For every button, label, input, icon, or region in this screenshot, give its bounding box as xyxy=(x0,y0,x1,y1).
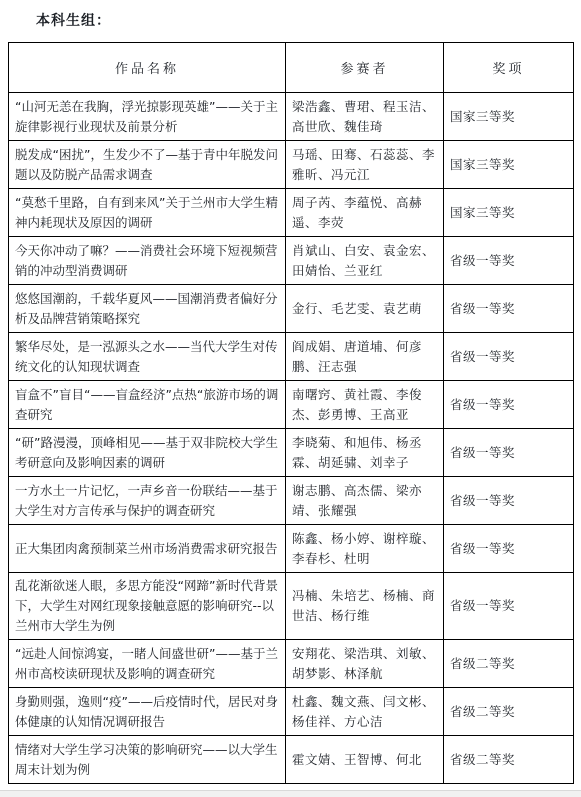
table-row: 情绪对大学生学习决策的影响研究——以大学生周末计划为例 霍文婧、王智博、何北 省… xyxy=(9,736,574,784)
work-title-cell: 今天你冲动了嘛？——消费社会环境下短视频营销的冲动型消费调研 xyxy=(9,237,286,285)
participants-cell: 阎成娟、唐道埔、何彦鹏、汪志强 xyxy=(286,333,444,381)
table-row: “远赴人间惊鸿宴，一睹人间盛世研”——基于兰州市高校读研现状及影响的调查研究 安… xyxy=(9,640,574,688)
work-title-cell: 乱花渐欲迷人眼，多思方能没“网蹄”新时代背景下，大学生对网红现象接触意愿的影响研… xyxy=(9,573,286,640)
header-work-title: 作品名称 xyxy=(9,43,286,93)
award-cell: 省级一等奖 xyxy=(444,381,574,429)
table-row: 繁华尽处，是一泓源头之水——当代大学生对传统文化的认知现状调查 阎成娟、唐道埔、… xyxy=(9,333,574,381)
work-title-cell: 身勤则强，逸则“疫”——后疫情时代，居民对身体健康的认知情况调研报告 xyxy=(9,688,286,736)
work-title-cell: 一方水土一片记忆，一声乡音一份联结——基于大学生对方言传承与保护的调查研究 xyxy=(9,477,286,525)
work-title-cell: “研”路漫漫，顶峰相见——基于双非院校大学生考研意向及影响因素的调研 xyxy=(9,429,286,477)
award-cell: 省级一等奖 xyxy=(444,333,574,381)
table-row: “研”路漫漫，顶峰相见——基于双非院校大学生考研意向及影响因素的调研 李晓菊、和… xyxy=(9,429,574,477)
header-participants: 参赛者 xyxy=(286,43,444,93)
award-cell: 国家三等奖 xyxy=(444,189,574,237)
table-row: “山河无恙在我胸，浮光掠影现英雄”——关于主旋律影视行业现状及前景分析 梁浩鑫、… xyxy=(9,93,574,141)
work-title-cell: “莫愁千里路，自有到来风”关于兰州市大学生精神内耗现状及原因的调研 xyxy=(9,189,286,237)
participants-cell: 南曙窍、黄社霞、李俊杰、彭勇博、王高亚 xyxy=(286,381,444,429)
award-cell: 国家三等奖 xyxy=(444,93,574,141)
work-title-cell: 盲盒不”盲目“——盲盒经济”点热“旅游市场的调查研究 xyxy=(9,381,286,429)
participants-cell: 周子芮、李蕴悦、高赫遥、李荧 xyxy=(286,189,444,237)
table-row: 乱花渐欲迷人眼，多思方能没“网蹄”新时代背景下，大学生对网红现象接触意愿的影响研… xyxy=(9,573,574,640)
work-title-cell: 脱发成“困扰”，生发少不了—基于青中年脱发问题以及防脱产品需求调查 xyxy=(9,141,286,189)
participants-cell: 梁浩鑫、曹珺、程玉洁、高世欣、魏佳琦 xyxy=(286,93,444,141)
group-title: 本科生组： xyxy=(36,10,581,30)
participants-cell: 肖斌山、白安、袁金宏、田婧怡、兰亚红 xyxy=(286,237,444,285)
work-title-cell: 繁华尽处，是一泓源头之水——当代大学生对传统文化的认知现状调查 xyxy=(9,333,286,381)
awards-table: 作品名称 参赛者 奖项 “山河无恙在我胸，浮光掠影现英雄”——关于主旋律影视行业… xyxy=(8,42,574,784)
participants-cell: 谢志鹏、高杰儒、梁亦靖、张耀强 xyxy=(286,477,444,525)
award-cell: 省级一等奖 xyxy=(444,477,574,525)
participants-cell: 安翔花、梁浩琪、刘敏、胡梦影、林泽航 xyxy=(286,640,444,688)
horizontal-scrollbar[interactable] xyxy=(0,790,581,797)
award-cell: 省级二等奖 xyxy=(444,640,574,688)
participants-cell: 李晓菊、和旭伟、杨丞霖、胡延骕、刘幸子 xyxy=(286,429,444,477)
table-row: 悠悠国潮韵，千载华夏风——国潮消费者偏好分析及品牌营销策略探究 金行、毛艺雯、袁… xyxy=(9,285,574,333)
work-title-cell: 悠悠国潮韵，千载华夏风——国潮消费者偏好分析及品牌营销策略探究 xyxy=(9,285,286,333)
table-row: 盲盒不”盲目“——盲盒经济”点热“旅游市场的调查研究 南曙窍、黄社霞、李俊杰、彭… xyxy=(9,381,574,429)
table-header: 作品名称 参赛者 奖项 xyxy=(9,43,574,93)
award-cell: 省级二等奖 xyxy=(444,688,574,736)
table-row: 正大集团肉禽预制菜兰州市场消费需求研究报告 陈鑫、杨小婷、谢梓璇、李春杉、杜明 … xyxy=(9,525,574,573)
table-row: 身勤则强，逸则“疫”——后疫情时代，居民对身体健康的认知情况调研报告 杜鑫、魏文… xyxy=(9,688,574,736)
table-row: 一方水土一片记忆，一声乡音一份联结——基于大学生对方言传承与保护的调查研究 谢志… xyxy=(9,477,574,525)
award-cell: 省级二等奖 xyxy=(444,736,574,784)
award-cell: 省级一等奖 xyxy=(444,429,574,477)
participants-cell: 金行、毛艺雯、袁艺萌 xyxy=(286,285,444,333)
participants-cell: 陈鑫、杨小婷、谢梓璇、李春杉、杜明 xyxy=(286,525,444,573)
participants-cell: 马瑶、田骞、石蕊蕊、李雅昕、冯元江 xyxy=(286,141,444,189)
award-cell: 省级一等奖 xyxy=(444,525,574,573)
award-cell: 省级一等奖 xyxy=(444,285,574,333)
participants-cell: 霍文婧、王智博、何北 xyxy=(286,736,444,784)
table-body: “山河无恙在我胸，浮光掠影现英雄”——关于主旋律影视行业现状及前景分析 梁浩鑫、… xyxy=(9,93,574,784)
document-page: 本科生组： 作品名称 参赛者 奖项 “山河无恙在我胸，浮光掠影现英雄”——关于主… xyxy=(0,0,581,797)
work-title-cell: “远赴人间惊鸿宴，一睹人间盛世研”——基于兰州市高校读研现状及影响的调查研究 xyxy=(9,640,286,688)
table-row: 今天你冲动了嘛？——消费社会环境下短视频营销的冲动型消费调研 肖斌山、白安、袁金… xyxy=(9,237,574,285)
work-title-cell: “山河无恙在我胸，浮光掠影现英雄”——关于主旋律影视行业现状及前景分析 xyxy=(9,93,286,141)
award-cell: 国家三等奖 xyxy=(444,141,574,189)
table-row: 脱发成“困扰”，生发少不了—基于青中年脱发问题以及防脱产品需求调查 马瑶、田骞、… xyxy=(9,141,574,189)
award-cell: 省级一等奖 xyxy=(444,237,574,285)
award-cell: 省级一等奖 xyxy=(444,573,574,640)
work-title-cell: 正大集团肉禽预制菜兰州市场消费需求研究报告 xyxy=(9,525,286,573)
header-award: 奖项 xyxy=(444,43,574,93)
participants-cell: 杜鑫、魏文燕、闫文彬、杨佳祥、方心洁 xyxy=(286,688,444,736)
table-row: “莫愁千里路，自有到来风”关于兰州市大学生精神内耗现状及原因的调研 周子芮、李蕴… xyxy=(9,189,574,237)
work-title-cell: 情绪对大学生学习决策的影响研究——以大学生周末计划为例 xyxy=(9,736,286,784)
participants-cell: 冯楠、朱培艺、杨楠、商世洁、杨行维 xyxy=(286,573,444,640)
